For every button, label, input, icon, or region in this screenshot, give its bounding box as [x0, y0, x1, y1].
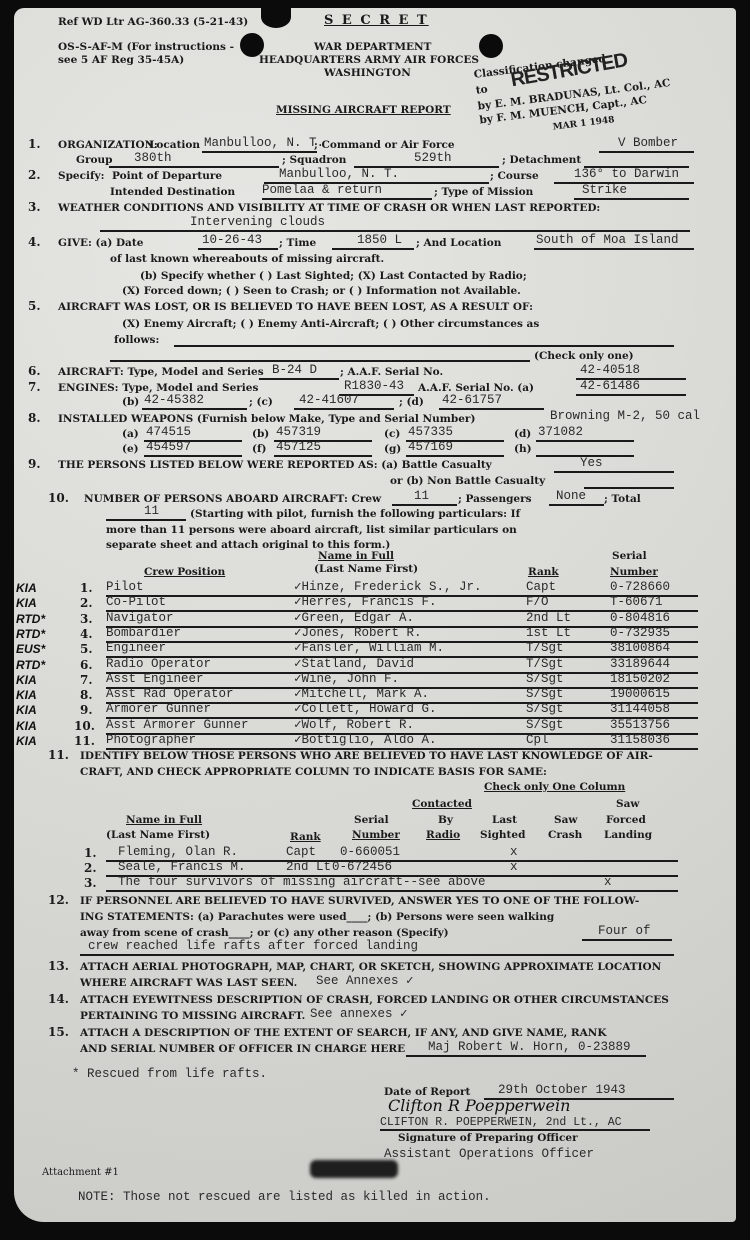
crew-position: Asst Armorer Gunner: [106, 719, 249, 732]
row-number: 3.: [80, 613, 93, 626]
row-underline: [106, 890, 678, 892]
row-number: 2.: [80, 597, 93, 610]
weapon-label: (c): [384, 428, 400, 441]
weapon-label: (a): [122, 428, 139, 441]
crew-position: Bombardier: [106, 627, 181, 640]
crew-rank: S/Sgt: [526, 703, 564, 716]
crew-count: 11: [414, 490, 429, 503]
crew-name: ✓Statland, David: [294, 658, 414, 671]
status-annotation: KIA: [16, 688, 37, 702]
row-number: 1.: [84, 847, 97, 860]
engine-serial-b: 42-45382: [144, 394, 204, 407]
officer-name: CLIFTON R. POEPPERWEIN, 2nd Lt., AC: [380, 1116, 622, 1129]
crew-position: Asst Engineer: [106, 673, 204, 686]
aircraft-type: B-24 D: [272, 364, 317, 377]
search-officer: Maj Robert W. Horn, 0-23889: [428, 1041, 631, 1054]
crew-serial: T-60671: [610, 596, 663, 609]
form-id: OS-S-AF-M (For instructions -: [58, 41, 234, 54]
crew-serial: 18150202: [610, 673, 670, 686]
crew-position: Photographer: [106, 734, 196, 747]
field-underline: [536, 440, 634, 442]
survival-reason-a: Four of: [598, 925, 651, 938]
reclassification-stamp: Classification changed to RESTRICTED by …: [464, 27, 745, 169]
crew-row: EUS*5.Engineer✓Fansler, William M.T/Sgt3…: [14, 642, 736, 658]
crew-rank: T/Sgt: [526, 642, 564, 655]
field-underline: [144, 455, 242, 457]
crew-position: Pilot: [106, 581, 144, 594]
row-number: 6.: [80, 659, 93, 672]
witness-serial: 0-672456: [332, 861, 392, 874]
crew-name: ✓Mitchell, Mark A.: [294, 688, 429, 701]
status-annotation: KIA: [16, 581, 37, 595]
witness-name: Seale, Francis M.: [118, 861, 246, 874]
row-number: 9.: [80, 704, 93, 717]
aircraft-serial: 42-40518: [580, 364, 640, 377]
weapon-serial: 454597: [146, 441, 191, 454]
crew-name: ✓Collett, Howard G.: [294, 703, 437, 716]
org-group: 380th: [134, 152, 172, 165]
crew-name: ✓Wine, John F.: [294, 673, 399, 686]
loss-location: South of Moa Island: [536, 234, 679, 247]
departure-point: Manbulloo, N. T.: [279, 168, 399, 181]
crew-serial: 19000615: [610, 688, 670, 701]
field-underline: [274, 455, 372, 457]
crew-serial: 0-732935: [610, 627, 670, 640]
form-ref: see 5 AF Reg 35-45A): [58, 54, 184, 67]
crew-row: KIA11.Photographer✓Bottiglio, Aldo A.Cpl…: [14, 734, 736, 750]
weapon-serial: 457169: [408, 441, 453, 454]
status-annotation: EUS*: [16, 642, 45, 656]
passenger-count: None: [556, 490, 586, 503]
attachment-label: Attachment #1: [42, 1166, 119, 1179]
status-annotation: KIA: [16, 596, 37, 610]
crew-position: Asst Rad Operator: [106, 688, 234, 701]
officer-title: Assistant Operations Officer: [384, 1148, 594, 1161]
crew-name: ✓Hinze, Frederick S., Jr.: [294, 581, 482, 594]
crew-rank: Cpl: [526, 734, 549, 747]
row-number: 11.: [74, 735, 95, 748]
weapon-label: (h): [514, 443, 532, 456]
engine-serial-c: 42-41607: [299, 394, 359, 407]
weapon-serial: 474515: [146, 426, 191, 439]
row-number: 1.: [80, 582, 93, 595]
check-mark: x: [604, 876, 612, 889]
survival-reason-b: crew reached life rafts after forced lan…: [88, 940, 418, 953]
crew-serial: 0-728660: [610, 581, 670, 594]
row-number: 10.: [74, 720, 95, 733]
battle-casualty: Yes: [580, 457, 603, 470]
row-number: 4.: [80, 628, 93, 641]
report-page: Ref WD Ltr AG-360.33 (5-21-43) S E C R E…: [14, 8, 736, 1222]
weather: Intervening clouds: [190, 216, 325, 229]
crew-serial: 33189644: [610, 658, 670, 671]
weapon-label: (d): [514, 428, 531, 441]
crew-name: ✓Fansler, William M.: [294, 642, 444, 655]
mission-type: Strike: [582, 184, 627, 197]
ref-line: Ref WD Ltr AG-360.33 (5-21-43): [58, 16, 248, 29]
crew-rank: T/Sgt: [526, 658, 564, 671]
crew-position: Navigator: [106, 612, 174, 625]
crew-row: KIA2.Co-Pilot✓Herres, Francis F.F/OT-606…: [14, 596, 736, 612]
course: 136° to Darwin: [574, 168, 679, 181]
status-annotation: KIA: [16, 719, 37, 733]
row-number: 5.: [80, 643, 93, 656]
crew-rank: Capt: [526, 581, 556, 594]
hq: HEADQUARTERS ARMY AIR FORCES: [259, 54, 479, 67]
witness-rank: 2nd Lt: [286, 861, 331, 874]
crew-name: ✓Wolf, Robert R.: [294, 719, 414, 732]
status-annotation: RTD*: [16, 612, 45, 626]
row-number: 3.: [84, 877, 97, 890]
org-location: Manbulloo, N. T.: [204, 137, 324, 150]
crew-serial: 0-804816: [610, 612, 670, 625]
crew-rank: 1st Lt: [526, 627, 571, 640]
page-title: MISSING AIRCRAFT REPORT: [276, 104, 451, 117]
signature: Clifton R Poepperwein: [388, 1096, 570, 1115]
status-annotation: KIA: [16, 703, 37, 717]
crew-name: ✓Jones, Robert R.: [294, 627, 422, 640]
punch-hole: [479, 34, 503, 58]
weapon-serial: 457125: [276, 441, 321, 454]
status-annotation: KIA: [16, 673, 37, 687]
check-mark: x: [510, 861, 518, 874]
weapon-label: (f): [252, 443, 266, 456]
crew-name: ✓Herres, Francis F.: [294, 596, 437, 609]
crew-rank: F/O: [526, 596, 549, 609]
crew-position: Radio Operator: [106, 658, 211, 671]
loss-date: 10-26-43: [202, 234, 262, 247]
footnote: * Rescued from life rafts.: [72, 1068, 267, 1081]
status-annotation: RTD*: [16, 658, 45, 672]
field-underline: [406, 455, 504, 457]
witness-name: Fleming, Olan R.: [118, 846, 238, 859]
crew-rank: S/Sgt: [526, 688, 564, 701]
crew-serial: 31144058: [610, 703, 670, 716]
engine-type: R1830-43: [344, 380, 404, 393]
witness-name: The four survivors of missing aircraft--…: [118, 876, 486, 889]
note: NOTE: Those not rescued are listed as ki…: [78, 1191, 491, 1204]
classification-label: S E C R E T: [324, 14, 429, 27]
weapon-make: Browning M-2, 50 cal: [550, 410, 700, 423]
punch-hole: [261, 6, 291, 28]
crew-rank: S/Sgt: [526, 719, 564, 732]
crew-name: ✓Green, Edgar A.: [294, 612, 414, 625]
row-number: 8.: [80, 689, 93, 702]
weapon-label: (b): [252, 428, 269, 441]
check-mark: x: [510, 846, 518, 859]
crew-rank: 2nd Lt: [526, 612, 571, 625]
city: WASHINGTON: [324, 67, 411, 80]
row-number: 7.: [80, 674, 93, 687]
weapon-serial: 371082: [538, 426, 583, 439]
org-squadron: 529th: [414, 152, 452, 165]
loss-time: 1850 L: [357, 234, 402, 247]
total-count: 11: [144, 505, 159, 518]
weapon-label: (e): [122, 443, 139, 456]
weapon-serial: 457335: [408, 426, 453, 439]
row-number: 2.: [84, 862, 97, 875]
witness-serial: 0-660051: [340, 846, 400, 859]
crew-serial: 35513756: [610, 719, 670, 732]
crew-position: Co-Pilot: [106, 596, 166, 609]
crew-serial: 31158036: [610, 734, 670, 747]
annex-14: See annexes ✓: [310, 1008, 408, 1021]
org-command: V Bomber: [618, 137, 678, 150]
weapon-label: (g): [384, 443, 401, 456]
status-annotation: KIA: [16, 734, 37, 748]
dept: WAR DEPARTMENT: [314, 41, 431, 54]
engine-serial-d: 42-61757: [442, 394, 502, 407]
engine-serial-a: 42-61486: [580, 380, 640, 393]
weapon-serial: 457319: [276, 426, 321, 439]
crew-position: Engineer: [106, 642, 166, 655]
crew-serial: 38100864: [610, 642, 670, 655]
crew-position: Armorer Gunner: [106, 703, 211, 716]
destination: Pomelaa & return: [262, 184, 382, 197]
annex-13: See Annexes ✓: [316, 975, 414, 988]
redaction-blot: [310, 1160, 398, 1178]
status-annotation: RTD*: [16, 627, 45, 641]
witness-rank: Capt: [286, 846, 316, 859]
crew-row: KIA9.Armorer Gunner✓Collett, Howard G.S/…: [14, 703, 736, 719]
crew-rank: S/Sgt: [526, 673, 564, 686]
crew-name: ✓Bottiglio, Aldo A.: [294, 734, 437, 747]
